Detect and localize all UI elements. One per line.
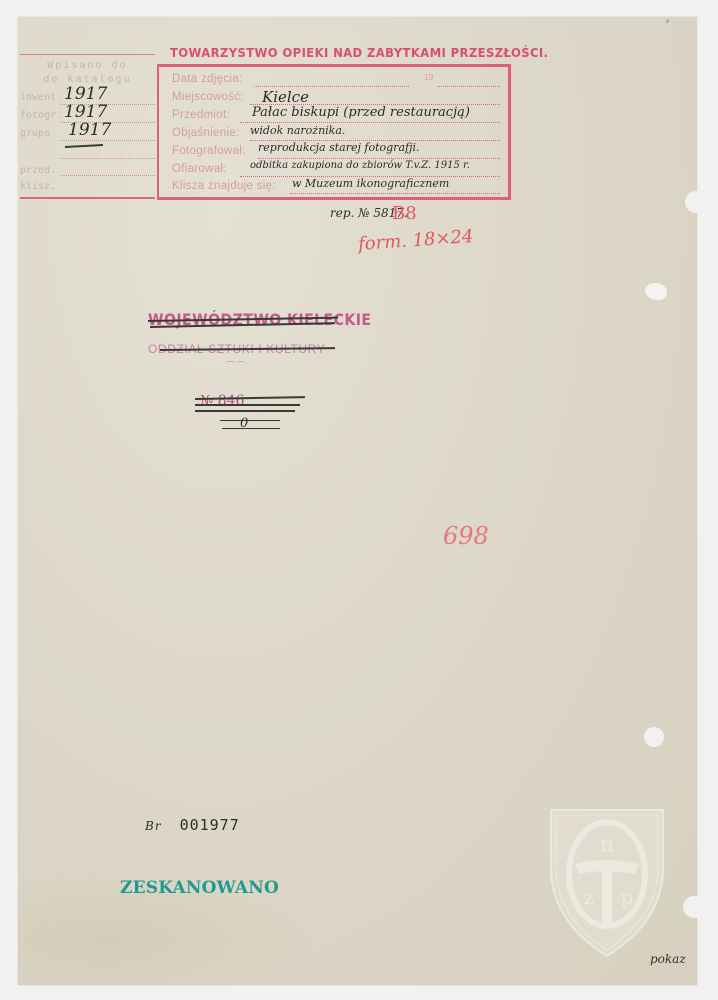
value-negative: w Muzeum ikonograficznem <box>292 177 449 190</box>
inventory-prefix: Br <box>145 819 162 833</box>
binder-hole-middle <box>644 727 664 747</box>
catalog-dotline <box>60 175 155 176</box>
strikethrough <box>222 428 280 429</box>
dotline <box>437 86 500 87</box>
catalog-dotline <box>60 140 155 141</box>
field-label-donor: Ofiarował: <box>172 163 227 175</box>
catalog-header-1: Wpisano do <box>20 60 155 71</box>
stamp-title: TOWARZYSTWO OPIEKI NAD ZABYTKAMI PRZESZŁ… <box>170 45 548 60</box>
corner-mark: ≡ <box>663 19 670 23</box>
field-label-object: Przedmiot: <box>172 109 230 121</box>
value-object: Pałac biskupi (przed restauracją) <box>252 105 470 120</box>
value-place: Kielce <box>262 88 309 106</box>
dotline <box>290 193 500 194</box>
dotline <box>258 158 500 159</box>
red-pencil-number: 698 <box>443 522 489 550</box>
binder-hole-top <box>685 191 707 213</box>
field-label-place: Miejscowość: <box>172 91 244 103</box>
pencil-signature: pokaz <box>650 952 686 966</box>
catalog-value-2: 1917 <box>64 102 107 122</box>
svg-text:n: n <box>600 832 614 857</box>
value-description: widok narożnika. <box>250 124 345 137</box>
catalog-dotline <box>60 158 155 159</box>
field-label-date: Data zdjęcia: <box>172 73 242 85</box>
value-donor: odbitka zakupiona do zbiorów T.v.Z. 1915… <box>250 160 470 171</box>
catalog-label-inwent: inwent. <box>20 92 62 103</box>
field-label-negative: Klisza znajduje się: <box>172 180 276 192</box>
catalog-value-3: 1917 <box>68 120 111 140</box>
struck-zero: 0 <box>240 416 248 431</box>
watermark-shield-icon: n z p <box>547 804 667 960</box>
catalog-label-przed: przed. <box>20 165 56 176</box>
strikethrough <box>195 410 295 412</box>
field-date-suffix: 19 <box>424 73 434 82</box>
svg-text:z: z <box>584 885 595 909</box>
catalog-label-fotogr: fotogr. <box>20 110 62 121</box>
svg-text:p: p <box>621 885 634 909</box>
scanned-stamp: ZESKANOWANO <box>120 878 279 898</box>
catalog-value-1: 1917 <box>64 84 107 104</box>
catalog-label-grupa: grupa <box>20 128 50 139</box>
inventory-number: Br001977 <box>145 816 240 834</box>
rep-suffix: B8 <box>392 203 417 224</box>
field-label-description: Objaśnienie: <box>172 127 240 139</box>
inventory-value: 001977 <box>180 816 240 834</box>
stamp-ornament: ⌒⌒ <box>225 358 245 373</box>
field-label-photographer: Fotografował: <box>172 145 246 157</box>
struck-number: № 846 <box>200 393 244 409</box>
catalog-label-klisz: klisz. <box>20 181 56 192</box>
paper-damage <box>645 283 667 300</box>
strikethrough <box>195 404 300 406</box>
dotline <box>254 86 409 87</box>
binder-hole-bottom <box>683 896 705 918</box>
strikethrough <box>220 420 280 421</box>
value-photographer: reprodukcja starej fotografji. <box>258 141 420 154</box>
dotline <box>240 122 500 123</box>
